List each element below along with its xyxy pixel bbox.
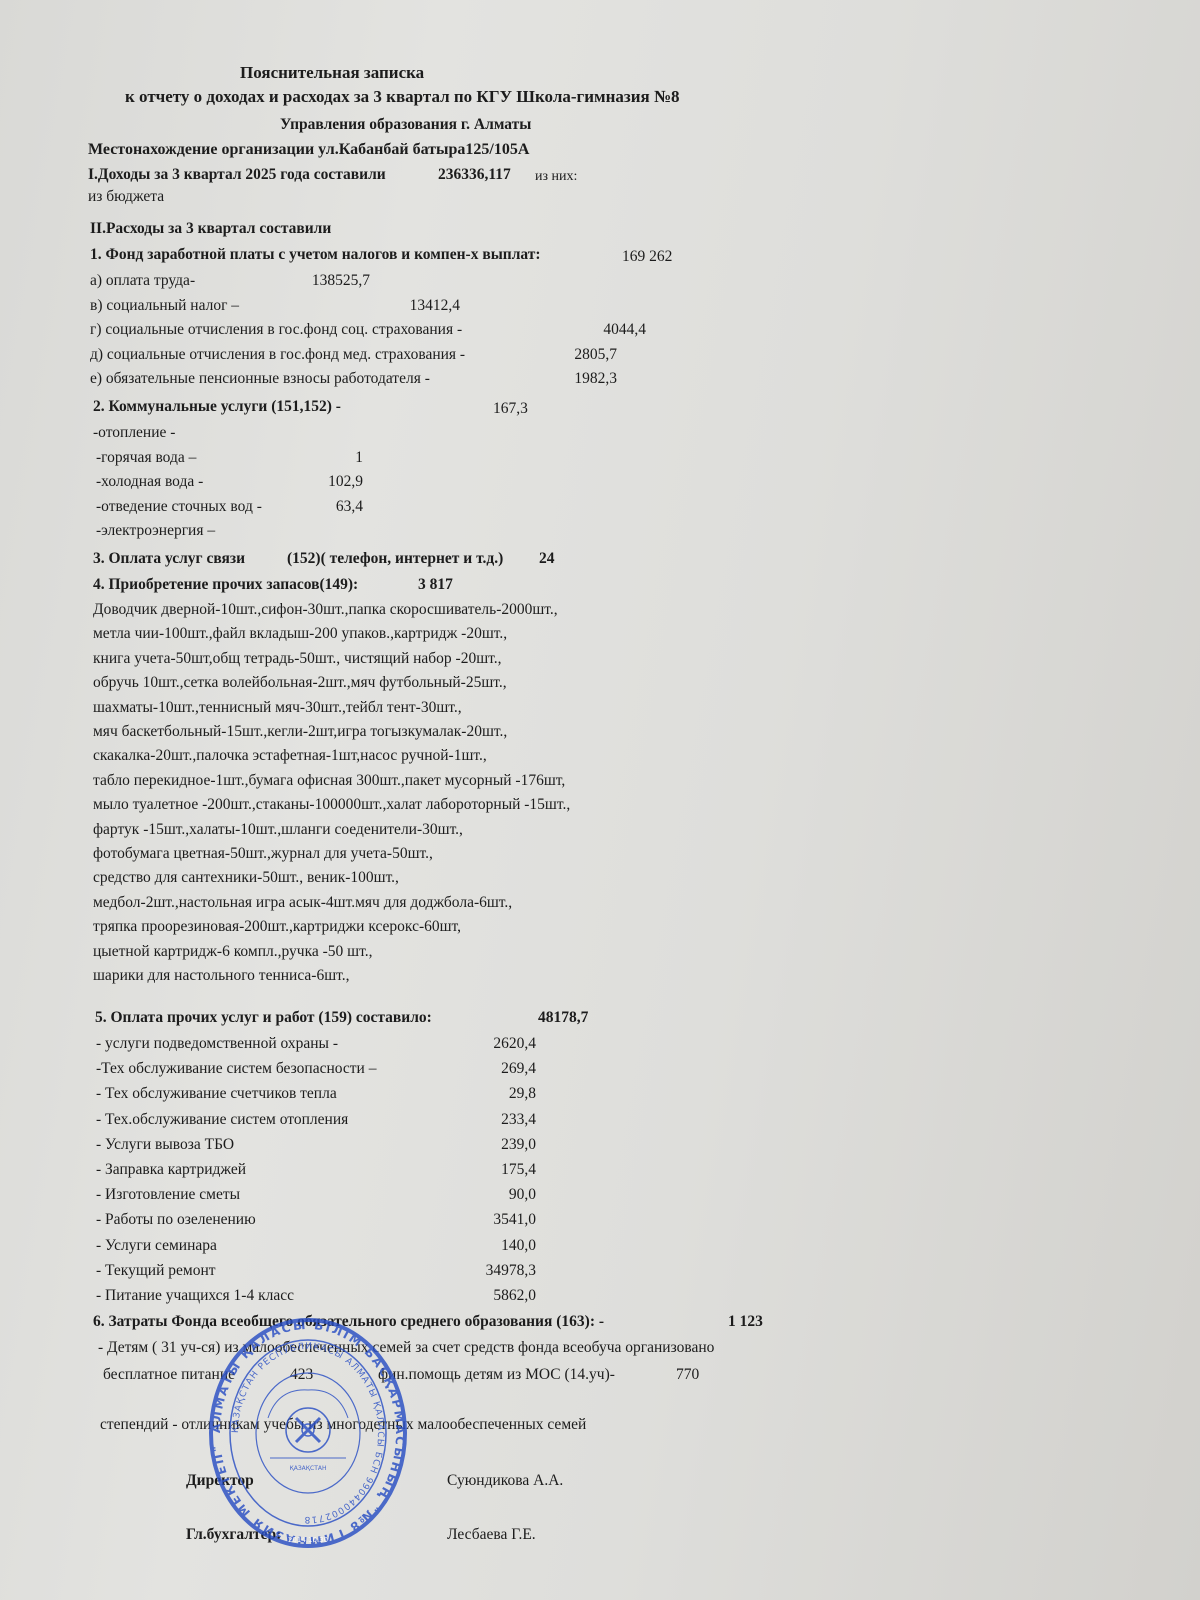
- payroll-item-label: д) социальные отчисления в гос.фонд мед.…: [90, 346, 465, 364]
- document-page: Пояснительная записка к отчету о доходах…: [0, 0, 1200, 1600]
- utility-item-value: 1: [355, 449, 363, 467]
- payroll-value: 169 262: [622, 248, 672, 266]
- utility-item-label: -отопление -: [93, 424, 175, 442]
- payroll-label: 1. Фонд заработной платы с учетом налого…: [90, 246, 541, 264]
- service-item-value: 140,0: [501, 1237, 536, 1255]
- utilities-label: 2. Коммунальные услуги (151,152) -: [93, 398, 341, 416]
- income-suffix: из них:: [535, 168, 577, 186]
- income-value: 236336,117: [438, 166, 511, 184]
- service-item-label: - Тех.обслуживание систем отопления: [96, 1111, 348, 1129]
- payroll-item-label: г) социальные отчисления в гос.фонд соц.…: [90, 321, 462, 339]
- utilities-value: 167,3: [493, 400, 528, 418]
- payroll-item-label: е) обязательные пенсионные взносы работо…: [90, 370, 430, 388]
- service-item-value: 175,4: [501, 1161, 536, 1179]
- service-item-label: - Услуги семинара: [96, 1237, 217, 1255]
- supply-line: мыло туалетное -200шт.,стаканы-100000шт.…: [93, 796, 570, 814]
- service-item-label: - Работы по озеленению: [96, 1211, 256, 1229]
- supply-line: средство для сантехники-50шт., веник-100…: [93, 869, 399, 887]
- income-label: I.Доходы за 3 квартал 2025 года составил…: [88, 166, 386, 184]
- service-item-label: - Текущий ремонт: [96, 1262, 216, 1280]
- supply-line: табло перекидное-1шт.,бумага офисная 300…: [93, 772, 565, 790]
- payroll-item-value: 4044,4: [603, 321, 646, 339]
- service-item-label: - услуги подведомственной охраны -: [96, 1035, 338, 1053]
- utility-item-value: 63,4: [336, 498, 363, 516]
- utility-item-label: -отведение сточных вод -: [96, 498, 262, 516]
- svg-text:ҚАЗАҚСТАН РЕСПУБЛИКАСЫ АЛМАТЫ: ҚАЗАҚСТАН РЕСПУБЛИКАСЫ АЛМАТЫ ҚАЛАСЫ БСН…: [231, 1342, 385, 1524]
- utility-item-label: -горячая вода –: [96, 449, 196, 467]
- document-subtitle: к отчету о доходах и расходах за 3 кварт…: [125, 88, 680, 106]
- supply-line: обручь 10шт.,сетка волейбольная-2шт.,мяч…: [93, 674, 507, 692]
- service-item-label: - Заправка картриджей: [96, 1161, 246, 1179]
- payroll-item-value: 2805,7: [574, 346, 617, 364]
- communications-value: 24: [539, 550, 555, 568]
- supply-line: шахматы-10шт.,теннисный мяч-30шт.,тейбл …: [93, 699, 462, 717]
- services-label: 5. Оплата прочих услуг и работ (159) сос…: [95, 1009, 432, 1027]
- service-item-label: - Тех обслуживание счетчиков тепла: [96, 1085, 337, 1103]
- payroll-item-value: 1982,3: [574, 370, 617, 388]
- communications-label: 3. Оплата услуг связи: [93, 550, 245, 568]
- payroll-item-value: 138525,7: [312, 272, 370, 290]
- service-item-label: - Питание учащихся 1-4 класс: [96, 1287, 294, 1305]
- service-item-value: 233,4: [501, 1111, 536, 1129]
- utility-item-label: -холодная вода -: [96, 473, 203, 491]
- service-item-value: 90,0: [509, 1186, 536, 1204]
- stamp-inner-text: ҚАЗАҚСТАН РЕСПУБЛИКАСЫ АЛМАТЫ ҚАЛАСЫ БСН…: [231, 1342, 385, 1524]
- payroll-item-label: в) социальный налог –: [90, 297, 239, 315]
- service-item-value: 34978,3: [486, 1262, 536, 1280]
- utility-item-value: 102,9: [328, 473, 363, 491]
- official-stamp-icon: АЛМАТЫ ҚАЛАСЫ БІЛІМ БАСҚАРМАСЫНЫҢ "№8 ГИ…: [208, 1318, 408, 1548]
- accountant-name: Лесбаева Г.Е.: [447, 1526, 536, 1544]
- supply-line: медбол-2шт.,настольная игра асык-4шт.мяч…: [93, 894, 512, 912]
- document-title: Пояснительная записка: [240, 64, 424, 82]
- service-item-label: - Услуги вывоза ТБО: [96, 1136, 234, 1154]
- service-item-value: 239,0: [501, 1136, 536, 1154]
- supply-line: метла чии-100шт.,файл вкладыш-200 упаков…: [93, 625, 507, 643]
- supplies-value: 3 817: [418, 576, 453, 594]
- director-name: Суюндикова А.А.: [447, 1472, 563, 1490]
- supply-line: цыетной картридж-6 компл.,ручка -50 шт.,: [93, 943, 372, 961]
- communications-detail: (152)( телефон, интернет и т.д.): [287, 550, 503, 568]
- supply-line: мяч баскетбольный-15шт.,кегли-2шт,игра т…: [93, 723, 507, 741]
- supply-line: Доводчик дверной-10шт.,сифон-30шт.,папка…: [93, 601, 558, 619]
- location-line: Местонахождение организации ул.Кабанбай …: [88, 141, 529, 159]
- expenses-heading: II.Расходы за 3 квартал составили: [90, 220, 331, 238]
- income-source: из бюджета: [88, 188, 164, 206]
- supply-line: тряпка проорезиновая-200шт.,картриджи кс…: [93, 918, 461, 936]
- service-item-value: 3541,0: [493, 1211, 536, 1229]
- supply-line: фартук -15шт.,халаты-10шт.,шланги соеден…: [93, 821, 463, 839]
- fund-aid-value: 770: [676, 1366, 699, 1384]
- supply-line: фотобумага цветная-50шт.,журнал для учет…: [93, 845, 433, 863]
- supplies-label: 4. Приобретение прочих запасов(149):: [93, 576, 358, 594]
- payroll-item-label: а) оплата труда-: [90, 272, 195, 290]
- service-item-label: -Тех обслуживание систем безопасности –: [96, 1060, 376, 1078]
- services-value: 48178,7: [538, 1009, 588, 1027]
- service-item-value: 29,8: [509, 1085, 536, 1103]
- service-item-value: 269,4: [501, 1060, 536, 1078]
- department-line: Управления образования г. Алматы: [280, 116, 531, 134]
- supply-line: шарики для настольного тенниса-6шт.,: [93, 967, 350, 985]
- fund-aid-label: фин.помощь детям из МОС (14.уч)-: [378, 1366, 615, 1384]
- service-item-label: - Изготовление сметы: [96, 1186, 240, 1204]
- utility-item-label: -электроэнергия –: [96, 522, 215, 540]
- stamp-emblem-label: ҚАЗАҚСТАН: [289, 1465, 326, 1472]
- service-item-value: 2620,4: [493, 1035, 536, 1053]
- supply-line: книга учета-50шт,общ тетрадь-50шт., чист…: [93, 650, 502, 668]
- stamp-date: 2014.10.30: [288, 1536, 328, 1544]
- payroll-item-value: 13412,4: [410, 297, 460, 315]
- service-item-value: 5862,0: [493, 1287, 536, 1305]
- supply-line: скакалка-20шт.,палочка эстафетная-1шт,на…: [93, 747, 487, 765]
- fund-value: 1 123: [728, 1313, 763, 1331]
